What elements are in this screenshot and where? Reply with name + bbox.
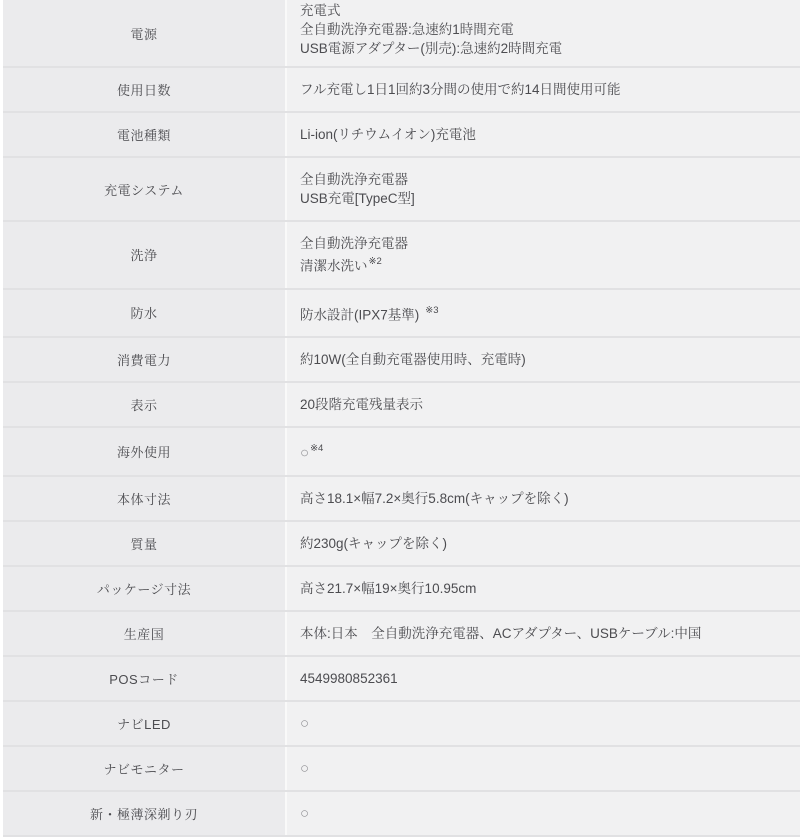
value-line: 4549980852361 [300, 669, 790, 688]
value-line: 本体:日本 全自動洗浄充電器、ACアダプター、USBケーブル:中国 [300, 624, 790, 643]
footnote-sup: ※3 [425, 305, 438, 316]
value-text: Li-ion(リチウムイオン)充電池 [300, 127, 476, 142]
value-text: 高さ21.7×幅19×奥行10.95cm [300, 581, 476, 596]
footnote-sup: ※4 [310, 443, 323, 454]
value-line: 全自動洗浄充電器 [300, 170, 790, 189]
spec-label: 電池種類 [3, 113, 287, 156]
value-line: Li-ion(リチウムイオン)充電池 [300, 125, 790, 144]
value-line: 約10W(全自動充電器使用時、充電時) [300, 350, 790, 369]
circle-mark-icon: ○ [300, 445, 309, 462]
spec-value: ○※4 [287, 428, 800, 475]
table-row: 電源 充電式全自動洗浄充電器:急速約1時間充電USB電源アダプター(別売):急速… [3, 0, 800, 68]
value-line: 全自動洗浄充電器 [300, 234, 790, 253]
value-text: 約230g(キャップを除く) [300, 536, 447, 551]
spec-label: パッケージ寸法 [3, 567, 287, 610]
spec-label: 充電システム [3, 158, 287, 220]
value-line: 高さ18.1×幅7.2×奥行5.8cm(キャップを除く) [300, 489, 790, 508]
table-row: 電池種類 Li-ion(リチウムイオン)充電池 [3, 113, 800, 158]
table-row: 表示 20段階充電残量表示 [3, 383, 800, 428]
spec-label: 本体寸法 [3, 477, 287, 520]
value-text: 全自動洗浄充電器:急速約1時間充電 [300, 22, 514, 37]
value-text: 20段階充電残量表示 [300, 397, 423, 412]
value-line: USB充電[TypeC型] [300, 189, 790, 208]
spec-value: 全自動洗浄充電器USB充電[TypeC型] [287, 158, 800, 220]
table-row: 生産国 本体:日本 全自動洗浄充電器、ACアダプター、USBケーブル:中国 [3, 612, 800, 657]
spec-value: Li-ion(リチウムイオン)充電池 [287, 113, 800, 156]
value-text: 4549980852361 [300, 671, 398, 686]
spec-label: 消費電力 [3, 338, 287, 381]
spec-label: 海外使用 [3, 428, 287, 475]
value-text: 清潔水洗い [300, 259, 368, 274]
spec-value: ○ [287, 747, 800, 790]
spec-label: 生産国 [3, 612, 287, 655]
spec-value: 約230g(キャップを除く) [287, 522, 800, 565]
table-row: 充電システム 全自動洗浄充電器USB充電[TypeC型] [3, 158, 800, 222]
value-line: ○※4 [300, 440, 790, 463]
table-row: 消費電力 約10W(全自動充電器使用時、充電時) [3, 338, 800, 383]
table-row: ナビモニター ○ [3, 747, 800, 792]
value-text: 全自動洗浄充電器 [300, 172, 408, 187]
circle-mark-icon: ○ [300, 760, 309, 777]
spec-label: 防水 [3, 290, 287, 337]
spec-label: 電源 [3, 0, 287, 66]
table-row: 防水 防水設計(IPX7基準)※3 [3, 290, 800, 339]
value-line: 約230g(キャップを除く) [300, 534, 790, 553]
value-text: 約10W(全自動充電器使用時、充電時) [300, 352, 526, 367]
spec-label: ナビモニター [3, 747, 287, 790]
spec-label: 表示 [3, 383, 287, 426]
value-text: USB電源アダプター(別売):急速約2時間充電 [300, 41, 562, 56]
value-text: 本体:日本 全自動洗浄充電器、ACアダプター、USBケーブル:中国 [300, 626, 701, 641]
spec-label: ナビLED [3, 702, 287, 745]
footnote-sup: ※2 [369, 256, 382, 267]
spec-label: 質量 [3, 522, 287, 565]
spec-value: ○ [287, 792, 800, 801]
value-line: ○ [300, 714, 790, 733]
spec-value: 防水設計(IPX7基準)※3 [287, 290, 800, 337]
table-row: 新・極薄深剃り刃 ○ [3, 792, 800, 801]
table-row: 洗浄 全自動洗浄充電器清潔水洗い※2 [3, 222, 800, 290]
spec-label: 洗浄 [3, 222, 287, 288]
value-line: 全自動洗浄充電器:急速約1時間充電 [300, 20, 790, 39]
table-row: 使用日数 フル充電し1日1回約3分間の使用で約14日間使用可能 [3, 68, 800, 113]
spec-value: 4549980852361 [287, 657, 800, 700]
spec-label: 新・極薄深剃り刃 [3, 792, 287, 801]
value-text: フル充電し1日1回約3分間の使用で約14日間使用可能 [300, 82, 621, 97]
table-row: 本体寸法 高さ18.1×幅7.2×奥行5.8cm(キャップを除く) [3, 477, 800, 522]
spec-value: 本体:日本 全自動洗浄充電器、ACアダプター、USBケーブル:中国 [287, 612, 800, 655]
table-row: 質量 約230g(キャップを除く) [3, 522, 800, 567]
table-row: パッケージ寸法 高さ21.7×幅19×奥行10.95cm [3, 567, 800, 612]
value-text: 防水設計(IPX7基準) [300, 307, 419, 322]
spec-value: フル充電し1日1回約3分間の使用で約14日間使用可能 [287, 68, 800, 111]
value-line: 防水設計(IPX7基準)※3 [300, 302, 790, 325]
value-line: 充電式 [300, 1, 790, 20]
value-line: 20段階充電残量表示 [300, 395, 790, 414]
spec-value: 全自動洗浄充電器清潔水洗い※2 [287, 222, 800, 288]
value-line: 清潔水洗い※2 [300, 253, 790, 276]
spec-value: 高さ18.1×幅7.2×奥行5.8cm(キャップを除く) [287, 477, 800, 520]
spec-label: POSコード [3, 657, 287, 700]
spec-label: 使用日数 [3, 68, 287, 111]
table-row: POSコード 4549980852361 [3, 657, 800, 702]
spec-value: 約10W(全自動充電器使用時、充電時) [287, 338, 800, 381]
circle-mark-icon: ○ [300, 715, 309, 732]
value-text: USB充電[TypeC型] [300, 191, 415, 206]
value-text: 全自動洗浄充電器 [300, 236, 408, 251]
value-text: 高さ18.1×幅7.2×奥行5.8cm(キャップを除く) [300, 491, 569, 506]
spec-value: 高さ21.7×幅19×奥行10.95cm [287, 567, 800, 610]
spec-value: 20段階充電残量表示 [287, 383, 800, 426]
value-line: ○ [300, 759, 790, 778]
spec-table: 電源 充電式全自動洗浄充電器:急速約1時間充電USB電源アダプター(別売):急速… [3, 0, 800, 800]
table-row: 海外使用 ○※4 [3, 428, 800, 477]
value-line: 高さ21.7×幅19×奥行10.95cm [300, 579, 790, 598]
spec-value: 充電式全自動洗浄充電器:急速約1時間充電USB電源アダプター(別売):急速約2時… [287, 0, 800, 66]
value-line: フル充電し1日1回約3分間の使用で約14日間使用可能 [300, 80, 790, 99]
table-row: ナビLED ○ [3, 702, 800, 747]
value-line: USB電源アダプター(別売):急速約2時間充電 [300, 39, 790, 58]
spec-value: ○ [287, 702, 800, 745]
value-text: 充電式 [300, 3, 341, 18]
